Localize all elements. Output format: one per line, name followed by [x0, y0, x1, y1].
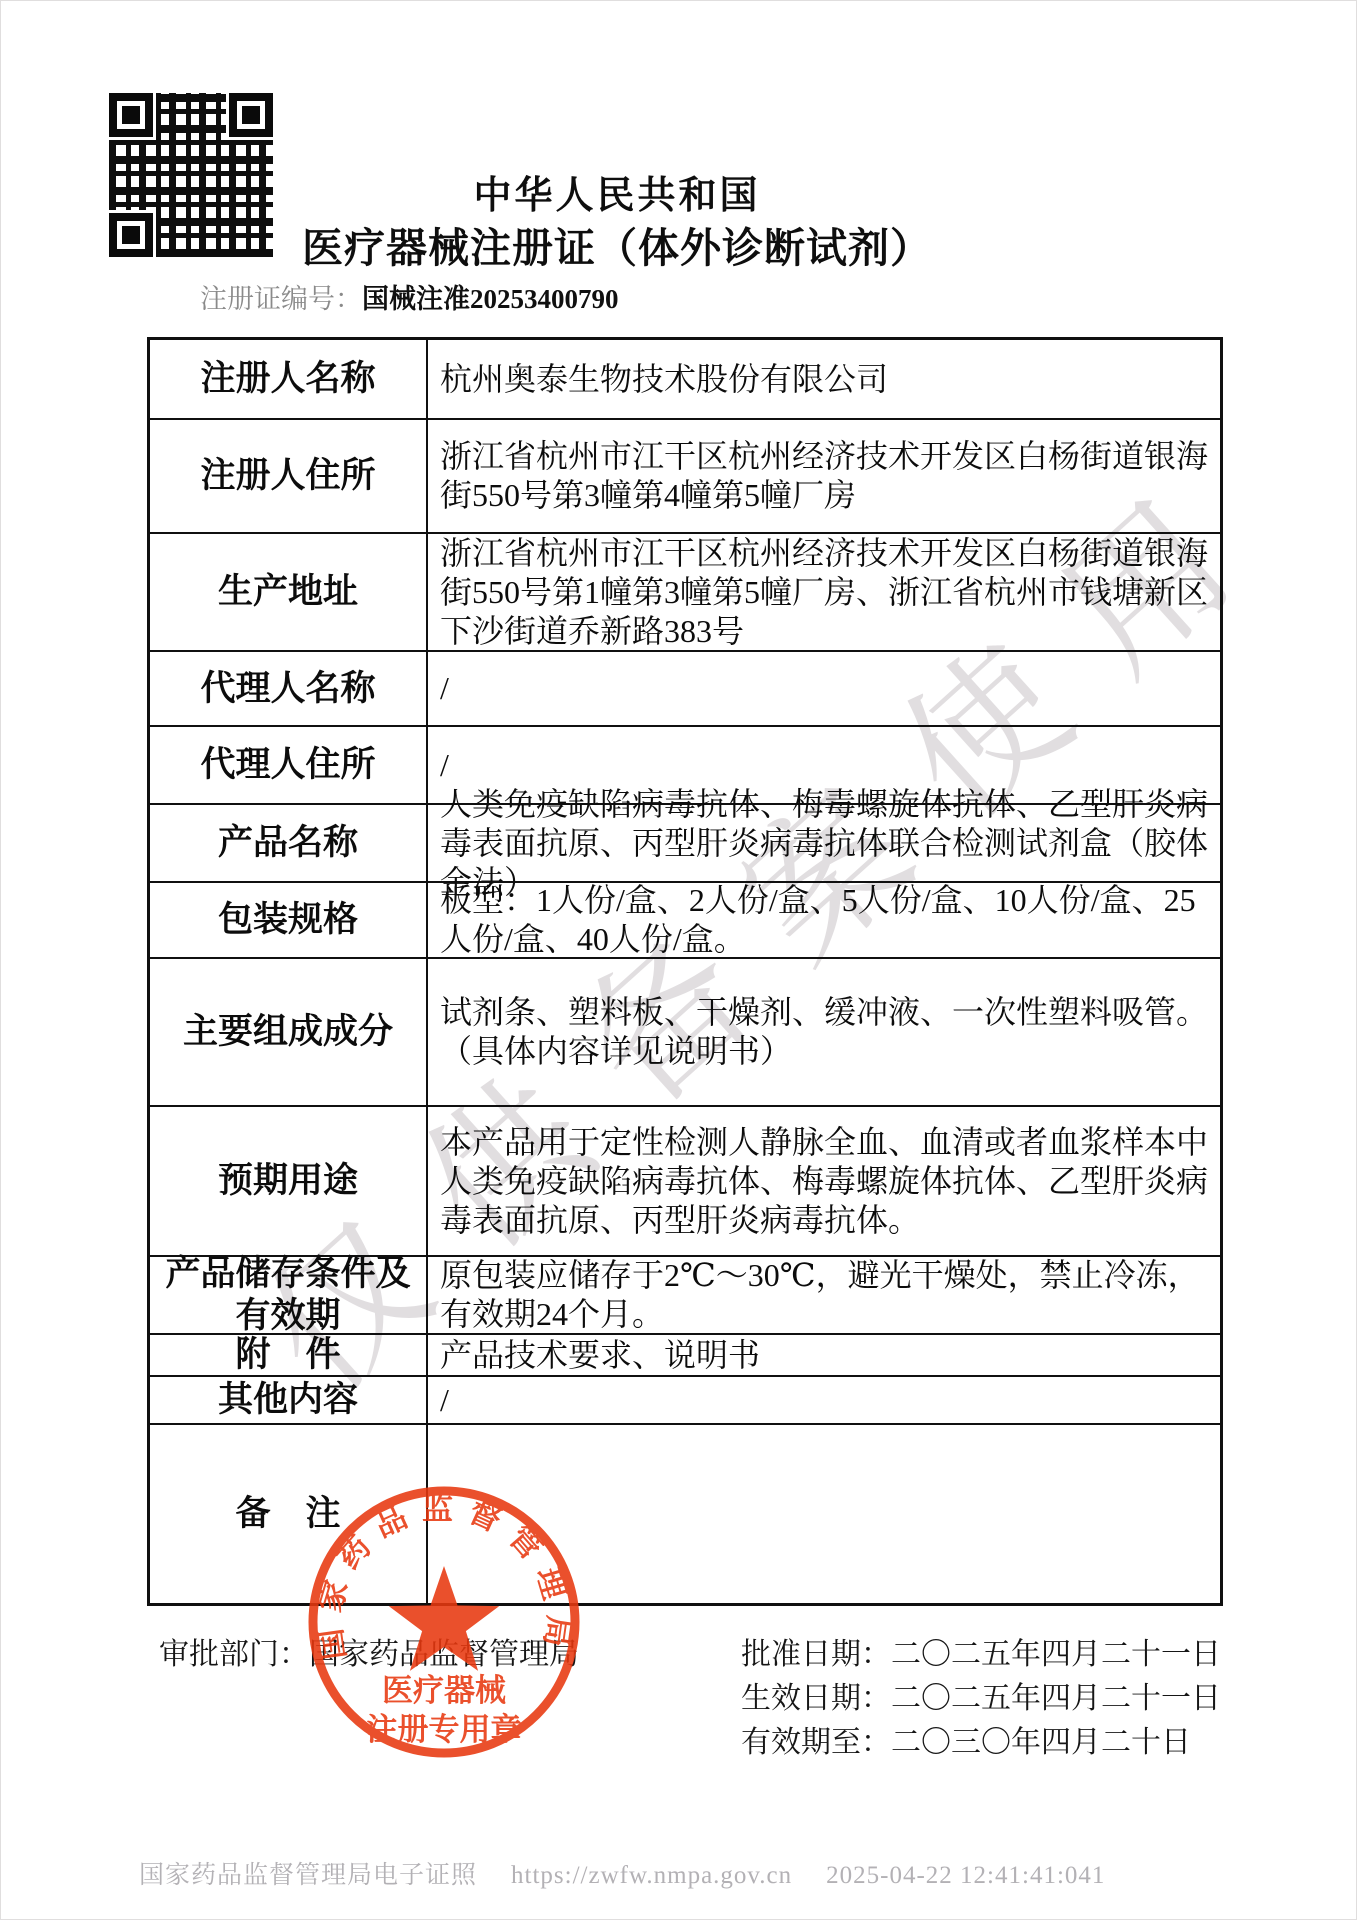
- row-value: 杭州奥泰生物技术股份有限公司: [428, 340, 1220, 418]
- row-value: 本产品用于定性检测人静脉全血、血清或者血浆样本中人类免疫缺陷病毒抗体、梅毒螺旋体…: [428, 1107, 1220, 1255]
- row-value: 人类免疫缺陷病毒抗体、梅毒螺旋体抗体、乙型肝炎病毒表面抗原、丙型肝炎病毒抗体联合…: [428, 805, 1220, 881]
- registration-number-line: 注册证编号：国械注准20253400790: [200, 284, 619, 314]
- certificate-title: 医疗器械注册证（体外诊断试剂）: [1, 221, 1233, 275]
- table-row: 主要组成成分 试剂条、塑料板、干燥剂、缓冲液、一次性塑料吸管。（具体内容详见说明…: [150, 959, 1220, 1107]
- approval-date-label: 批准日期：: [741, 1638, 891, 1671]
- row-value: 板型：1人份/盒、2人份/盒、5人份/盒、10人份/盒、25人份/盒、40人份/…: [428, 883, 1220, 957]
- stamp-text-line1: 医疗器械: [382, 1673, 506, 1708]
- table-row: 预期用途 本产品用于定性检测人静脉全血、血清或者血浆样本中人类免疫缺陷病毒抗体、…: [150, 1107, 1220, 1257]
- effective-date-value: 二〇二五年四月二十一日: [891, 1682, 1221, 1715]
- row-label: 代理人住所: [150, 727, 428, 803]
- effective-date-label: 生效日期：: [741, 1682, 891, 1715]
- footer-issuer: 国家药品监督管理局电子证照: [139, 1862, 477, 1889]
- registration-number-label: 注册证编号：: [200, 284, 362, 314]
- approval-date-line: 批准日期：二〇二五年四月二十一日: [741, 1639, 1221, 1670]
- table-row: 其他内容 /: [150, 1377, 1220, 1425]
- row-value: 浙江省杭州市江干区杭州经济技术开发区白杨街道银海街550号第3幢第4幢第5幢厂房: [428, 420, 1220, 532]
- row-label: 其他内容: [150, 1377, 428, 1423]
- certificate-page: 仅供备案使用 中华人民共和国 医疗器械注册证（体外诊断试剂） 注册证编号：国械注…: [0, 0, 1357, 1920]
- row-label: 附 件: [150, 1335, 428, 1375]
- table-row: 注册人名称 杭州奥泰生物技术股份有限公司: [150, 340, 1220, 420]
- approval-date-value: 二〇二五年四月二十一日: [891, 1638, 1221, 1671]
- table-row: 注册人住所 浙江省杭州市江干区杭州经济技术开发区白杨街道银海街550号第3幢第4…: [150, 420, 1220, 534]
- qr-finder-icon: [229, 93, 273, 137]
- table-row: 产品储存条件及 有效期 原包装应储存于2℃～30℃，避光干燥处，禁止冷冻，有效期…: [150, 1257, 1220, 1335]
- header: 中华人民共和国 医疗器械注册证（体外诊断试剂）: [1, 171, 1233, 275]
- row-label: 包装规格: [150, 883, 428, 957]
- table-row: 生产地址 浙江省杭州市江干区杭州经济技术开发区白杨街道银海街550号第1幢第3幢…: [150, 534, 1220, 652]
- row-label: 代理人名称: [150, 652, 428, 725]
- footer-timestamp: 2025-04-22 12:41:41:041: [826, 1862, 1105, 1889]
- table-row: 附 件 产品技术要求、说明书: [150, 1335, 1220, 1377]
- row-label: 产品名称: [150, 805, 428, 881]
- table-row: 代理人名称 /: [150, 652, 1220, 727]
- row-value: 产品技术要求、说明书: [428, 1335, 1220, 1375]
- approval-department-label: 审批部门：: [159, 1638, 309, 1671]
- expiry-date-label: 有效期至：: [741, 1726, 891, 1759]
- qr-finder-icon: [109, 93, 153, 137]
- dates-block: 批准日期：二〇二五年四月二十一日 生效日期：二〇二五年四月二十一日 有效期至：二…: [741, 1639, 1221, 1771]
- footer-url: https://zwfw.nmpa.gov.cn: [511, 1862, 792, 1889]
- certificate-table: 注册人名称 杭州奥泰生物技术股份有限公司 注册人住所 浙江省杭州市江干区杭州经济…: [147, 337, 1223, 1606]
- row-value: /: [428, 1377, 1220, 1423]
- row-label: 主要组成成分: [150, 959, 428, 1105]
- stamp-star-icon: [389, 1566, 499, 1671]
- row-value: 原包装应储存于2℃～30℃，避光干燥处，禁止冷冻，有效期24个月。: [428, 1257, 1220, 1333]
- effective-date-line: 生效日期：二〇二五年四月二十一日: [741, 1683, 1221, 1714]
- table-row: 产品名称 人类免疫缺陷病毒抗体、梅毒螺旋体抗体、乙型肝炎病毒表面抗原、丙型肝炎病…: [150, 805, 1220, 883]
- country-title: 中华人民共和国: [1, 171, 1233, 221]
- expiry-date-value: 二〇三〇年四月二十日: [891, 1726, 1191, 1759]
- electronic-license-footer: 国家药品监督管理局电子证照https://zwfw.nmpa.gov.cn202…: [139, 1861, 1105, 1891]
- table-row: 包装规格 板型：1人份/盒、2人份/盒、5人份/盒、10人份/盒、25人份/盒、…: [150, 883, 1220, 959]
- official-stamp: 国家药品监督管理局 医疗器械 注册专用章: [301, 1479, 587, 1765]
- row-label: 注册人住所: [150, 420, 428, 532]
- row-label: 预期用途: [150, 1107, 428, 1255]
- row-value: 浙江省杭州市江干区杭州经济技术开发区白杨街道银海街550号第1幢第3幢第5幢厂房…: [428, 534, 1220, 650]
- row-value: 试剂条、塑料板、干燥剂、缓冲液、一次性塑料吸管。（具体内容详见说明书）: [428, 959, 1220, 1105]
- stamp-text-line2: 注册专用章: [367, 1712, 522, 1747]
- row-value: /: [428, 652, 1220, 725]
- row-label: 生产地址: [150, 534, 428, 650]
- registration-number-value: 国械注准20253400790: [362, 284, 619, 314]
- row-label: 产品储存条件及 有效期: [150, 1257, 428, 1333]
- row-label: 注册人名称: [150, 340, 428, 418]
- expiry-date-line: 有效期至：二〇三〇年四月二十日: [741, 1727, 1221, 1758]
